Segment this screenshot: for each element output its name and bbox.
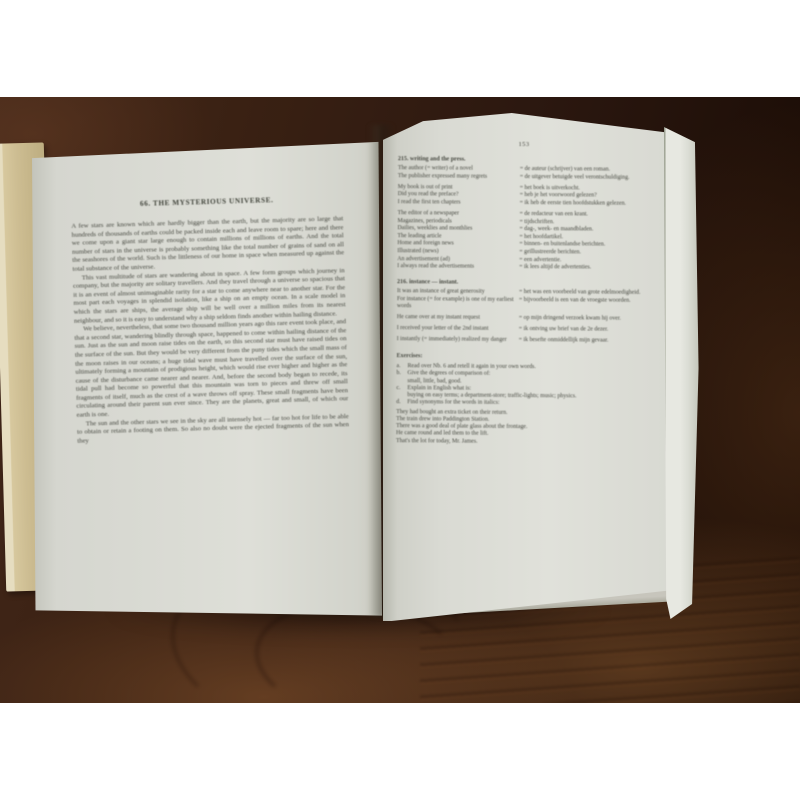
left-page-text: 66. THE MYSTERIOUS UNIVERSE. A few stars… <box>71 194 350 446</box>
phrase-english: For instance (= for example) is one of m… <box>397 296 519 311</box>
page-number: 153 <box>398 140 650 149</box>
left-page: 66. THE MYSTERIOUS UNIVERSE. A few stars… <box>32 140 382 618</box>
vocab-entry: I received your letter of the 2nd instan… <box>397 325 649 334</box>
right-page-text: 153 215. writing and the press.The autho… <box>396 140 650 447</box>
photo-canvas: 66. THE MYSTERIOUS UNIVERSE. A few stars… <box>0 0 800 800</box>
page-edges <box>664 117 700 619</box>
phrase-dutch: = de uitgever betuigde veel verontschuld… <box>520 174 650 182</box>
exercise-sentences: They had bought an extra ticket on their… <box>396 409 648 447</box>
phrase-dutch: = ik ontving uw brief van de 2e dezer. <box>519 326 649 334</box>
vocab-entry: I instantly (= immediately) realized my … <box>397 336 649 345</box>
phrase-dutch: = ik heb de eerste tien hoofdstukken gel… <box>520 200 650 208</box>
exercise-marker: a. <box>396 363 407 370</box>
vocab-entry: I always read the advertisements= ik lee… <box>397 263 649 272</box>
left-page-paragraphs: A few stars are known which are hardly b… <box>71 215 349 446</box>
phrase-english: I instantly (= immediately) realized my … <box>397 336 519 344</box>
section-header: 216. instance — instant. <box>397 279 649 287</box>
phrase-dutch: = ik besefte onmiddellijk mijn gevaar. <box>519 337 649 345</box>
vocab-entry: I read the first ten chapters= ik heb de… <box>398 199 650 208</box>
paragraph: A few stars are known which are hardly b… <box>71 215 344 274</box>
vocab-entry: He came over at my instant request= op m… <box>397 314 649 323</box>
phrase-english: I received your letter of the 2nd instan… <box>397 325 519 333</box>
exercise-marker: c. <box>396 385 407 392</box>
photo-of-open-book: 66. THE MYSTERIOUS UNIVERSE. A few stars… <box>0 97 800 703</box>
phrase-dutch: = ik lees altijd de advertenties. <box>519 264 649 272</box>
paragraph: This vast multitude of stars are wanderi… <box>73 267 346 326</box>
exercise-item: d.Find synonyms for the words in italics… <box>396 399 648 408</box>
vocabulary-sections: 215. writing and the press.The author (=… <box>397 156 650 345</box>
vocab-entry: The publisher expressed many regrets= de… <box>398 173 650 182</box>
section-header: 215. writing and the press. <box>398 156 650 164</box>
phrase-english: The publisher expressed many regrets <box>398 173 520 181</box>
phrase-english: He came over at my instant request <box>397 314 519 322</box>
exercise-items: a.Read over Nb. 6 and retell it again in… <box>396 363 648 408</box>
phrase-english: I always read the advertisements <box>397 263 519 271</box>
exercise-sentence: That's the lot for today, Mr. James. <box>396 438 648 447</box>
right-page: 153 215. writing and the press.The autho… <box>383 113 669 621</box>
exercises-label: Exercises: <box>397 353 649 361</box>
exercise-marker: b. <box>396 371 407 378</box>
chapter-title: 66. THE MYSTERIOUS UNIVERSE. <box>71 194 343 210</box>
paragraph: We believe, nevertheless, that some two … <box>74 318 349 420</box>
exercise-text: Find synonyms for the words in italics: <box>407 399 648 408</box>
vocab-entry: For instance (= for example) is one of m… <box>397 296 649 312</box>
exercise-marker: d. <box>396 399 407 406</box>
phrase-dutch: = op mijn dringend verzoek kwam hij over… <box>519 315 649 323</box>
phrase-dutch: = bijvoorbeeld is een van de vroegste wo… <box>519 297 649 312</box>
phrase-english: I read the first ten chapters <box>398 199 520 207</box>
